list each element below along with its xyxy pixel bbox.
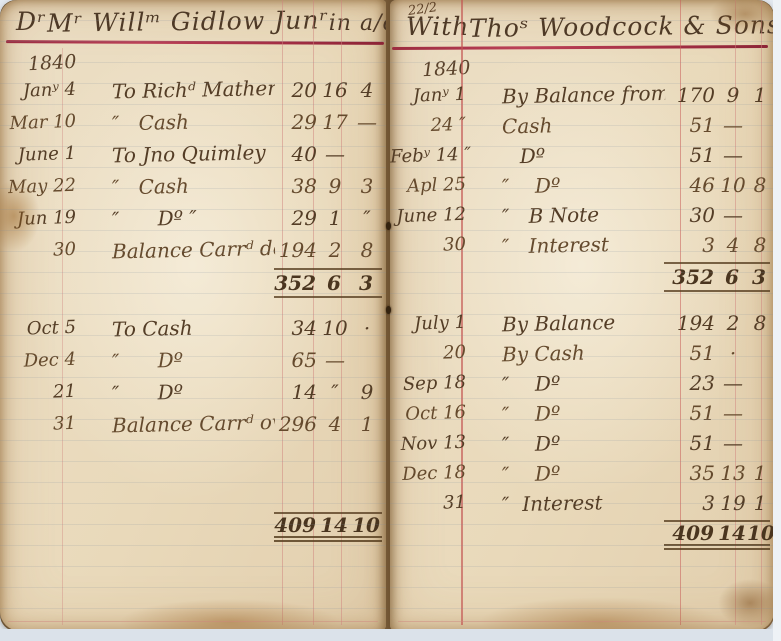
amount-shillings: · [718,341,748,365]
total-pounds: 409 [274,513,319,537]
entry-date: 30 [390,233,472,257]
section-total-row: 35263 [390,262,770,292]
ledger-row: Jun 19″ Dº ″291″ [0,202,384,234]
account-suffix: in a/c [329,11,386,36]
entry-date: Sep 18 [390,371,472,395]
ledger-section: Janʸ 1By Balance from old Book1709124 ″C… [390,80,772,292]
amount-pounds: 3 [665,491,718,515]
amount-shillings: 16 [320,78,350,102]
amount-pounds: 51 [665,401,718,425]
ledger-section: 4091410 [0,512,384,542]
entry-description: ″ Dº [82,378,275,406]
amount-pounds: 194 [275,238,320,262]
entry-description: ″ Interest [472,231,665,259]
amount-shillings: — [718,203,748,227]
entry-date: Nov 13 [390,431,472,455]
page-header: With Thoˢ Woodcock & Sons Cº [406,12,760,41]
entry-date: 20 [390,341,472,365]
entry-date: Janʸ 4 [0,78,82,102]
amount-shillings: 17 [320,110,350,134]
year-label: 1840 [421,57,470,82]
entry-description: By Cash [472,339,665,367]
entry-date: Oct 5 [0,316,82,340]
entry-date: 21 [0,380,82,404]
entry-date: Dec 4 [0,348,82,372]
amount-pounds: 194 [665,311,718,335]
amount-shillings: 4 [718,233,748,257]
entry-description: ″ B Note [472,201,665,229]
amount-shillings: 10 [320,316,350,340]
amount-pounds: 51 [665,143,718,167]
amount-pounds: 20 [275,78,320,102]
account-holder-name: Mʳ Willᵐ Gidlow Junʳ [47,5,329,37]
entry-date: Mar 10 [0,110,82,134]
amount-shillings: — [718,113,748,137]
ledger-row: Dec 4″ Dº65— [0,344,384,376]
page-header: Dʳ Mʳ Willᵐ Gidlow Junʳ in a/c [16,7,372,36]
section-total-row: 4091410 [0,512,382,542]
amount-pounds: 23 [665,371,718,395]
ledger-row: 21″ Dº14″9 [0,376,384,408]
amount-pence: 1 [748,83,772,107]
amount-pence: 8 [748,233,772,257]
entry-date: 24 ″ [390,113,472,137]
scan-background-right [773,0,781,641]
amount-shillings: 2 [718,311,748,335]
paper-stain [480,597,720,631]
amount-pounds: 30 [665,203,718,227]
ledger-row: Dec 18″ Dº35131 [390,458,772,488]
ledger-row: May 22″ Cash3893 [0,170,384,202]
amount-pounds: 170 [665,83,718,107]
amount-shillings: 9 [320,174,350,198]
entry-description: To Jno Quimley [82,140,275,168]
amount-pence: 1 [748,461,772,485]
ledger-row: July 1By Balance19428 [390,308,772,338]
ledger-row: Janʸ 4To Richᵈ Mather20164 [0,74,384,106]
amount-pounds: 51 [665,113,718,137]
total-pounds: 352 [274,271,319,295]
amount-pence: 3 [350,174,384,198]
header-rule [6,40,384,45]
entry-date: June 1 [0,142,82,166]
ledger-section: Oct 5To Cash3410·Dec 4″ Dº65—21″ Dº14″93… [0,312,384,440]
entry-description: ″ Interest [472,489,665,517]
amount-shillings: ″ [320,380,350,404]
amount-pounds: 51 [665,431,718,455]
amount-shillings: 19 [718,491,748,515]
ledger-row: Apl 25″ Dº46108 [390,170,772,200]
bottom-rule [398,621,766,622]
entry-description: ″ Cash [82,108,275,136]
bottom-rule [8,621,378,622]
ledger-row: Janʸ 1By Balance from old Book17091 [390,80,772,110]
entry-date: May 22 [0,174,82,198]
binding-stitch [386,222,391,230]
amount-shillings: — [320,348,350,372]
section-total-row: 4091410 [390,520,770,550]
total-pounds: 352 [664,265,717,289]
entry-description: Dº [477,141,665,169]
entry-description: ″ Dº [472,171,665,199]
paper-stain [718,579,774,627]
entry-date: 31 [0,412,82,436]
paper-stain [120,599,340,631]
entry-description: ″ Dº [472,399,665,427]
ledger-row: Febʸ 14 ″ Dº51— [390,140,772,170]
entry-date: Janʸ 1 [390,83,472,107]
entry-description: Balance Carrᵈ down [82,236,275,264]
total-pence: 3 [747,265,771,289]
amount-shillings: 13 [718,461,748,485]
header-rule [392,45,768,50]
entry-date: June 12 [390,203,472,227]
entry-date: Dec 18 [390,461,472,485]
entry-date: July 1 [390,311,472,335]
with-label: With [406,12,469,41]
ledger-page-right: 22/2 With Thoˢ Woodcock & Sons Cº 1840 J… [390,0,774,631]
ledger-row: Oct 5To Cash3410· [0,312,384,344]
ledger-row: 31″ Interest3191 [390,488,772,518]
amount-pence: 8 [748,173,772,197]
total-shillings: 14 [717,521,747,545]
amount-pounds: 29 [275,206,320,230]
amount-pence: 8 [350,238,384,262]
ledger-row: 31Balance Carrᵈ over29641 [0,408,384,440]
total-shillings: 6 [319,271,349,295]
total-amount: 35263 [664,262,770,292]
amount-pounds: 40 [275,142,320,166]
amount-shillings: 2 [320,238,350,262]
account-holder-name: Thoˢ Woodcock & Sons [469,10,774,43]
ledger-row: June 1To Jno Quimley40— [0,138,384,170]
total-shillings: 6 [717,265,747,289]
ledger-section: Janʸ 4To Richᵈ Mather20164Mar 10″ Cash29… [0,74,384,298]
amount-pounds: 51 [665,341,718,365]
scan-background-bottom [0,629,781,641]
year-label: 1840 [27,51,76,76]
amount-shillings: — [718,143,748,167]
ledger-section: July 1By Balance1942820By Cash51·Sep 18″… [390,308,772,550]
entry-description: ″ Dº [472,369,665,397]
amount-pence: 9 [350,380,384,404]
entry-description: Cash [472,111,665,139]
section-total-row: 35263 [0,268,382,298]
amount-pence: · [350,316,384,340]
amount-shillings: 10 [718,173,748,197]
amount-pence: 4 [350,78,384,102]
amount-pence: 8 [748,311,772,335]
entry-description: Balance Carrᵈ over [82,410,275,438]
entry-description: To Cash [82,314,275,342]
entry-description: ″ Dº [472,429,665,457]
entry-description: By Balance from old Book [472,81,665,109]
ledger-row: Nov 13″ Dº51— [390,428,772,458]
amount-pounds: 46 [665,173,718,197]
entry-description: ″ Dº [82,346,275,374]
total-pence: 10 [349,513,383,537]
ledger-row: 30″ Interest348 [390,230,772,260]
total-pence: 3 [349,271,383,295]
entry-date: Jun 19 [0,206,82,230]
ledger-row: Mar 10″ Cash2917— [0,106,384,138]
ledger-row: Sep 18″ Dº23— [390,368,772,398]
total-pounds: 409 [664,521,717,545]
total-amount: 35263 [274,268,382,298]
amount-shillings: — [320,142,350,166]
ledger-entries-right: Janʸ 1By Balance from old Book1709124 ″C… [390,80,772,550]
amount-pounds: 35 [665,461,718,485]
amount-shillings: — [718,371,748,395]
entry-description: ″ Cash [82,172,275,200]
total-amount: 4091410 [664,520,770,550]
ledger-book: Dʳ Mʳ Willᵐ Gidlow Junʳ in a/c 1840 Janʸ… [0,0,774,631]
entry-date: Oct 16 [390,401,472,425]
ledger-row: June 12″ B Note30— [390,200,772,230]
total-amount: 4091410 [274,512,382,542]
amount-shillings: 9 [718,83,748,107]
entry-date: Febʸ 14 ″ [390,143,477,167]
amount-pounds: 29 [275,110,320,134]
amount-pounds: 3 [665,233,718,257]
entry-date: 31 [390,491,472,515]
ledger-row: 24 ″Cash51— [390,110,772,140]
amount-pence: 1 [748,491,772,515]
ledger-entries-left: Janʸ 4To Richᵈ Mather20164Mar 10″ Cash29… [0,74,384,542]
amount-pounds: 65 [275,348,320,372]
entry-date: 30 [0,238,82,262]
amount-pounds: 34 [275,316,320,340]
amount-shillings: 4 [320,412,350,436]
amount-pence: — [350,110,384,134]
total-shillings: 14 [319,513,349,537]
entry-description: ″ Dº [472,459,665,487]
entry-description: ″ Dº ″ [82,204,275,232]
debit-label: Dʳ [16,7,47,36]
ledger-row: 30Balance Carrᵈ down19428 [0,234,384,266]
amount-pounds: 14 [275,380,320,404]
amount-shillings: — [718,431,748,455]
entry-description: To Richᵈ Mather [82,76,275,104]
amount-pence: ″ [350,206,384,230]
entry-date: Apl 25 [390,173,472,197]
amount-pence: 1 [350,412,384,436]
ledger-row: 20By Cash51· [390,338,772,368]
amount-shillings: 1 [320,206,350,230]
entry-description: By Balance [472,309,665,337]
ledger-row: Oct 16″ Dº51— [390,398,772,428]
binding-stitch [386,306,391,314]
amount-pounds: 38 [275,174,320,198]
amount-shillings: — [718,401,748,425]
ledger-page-left: Dʳ Mʳ Willᵐ Gidlow Junʳ in a/c 1840 Janʸ… [0,0,386,631]
total-pence: 10 [747,521,774,545]
amount-pounds: 296 [275,412,320,436]
